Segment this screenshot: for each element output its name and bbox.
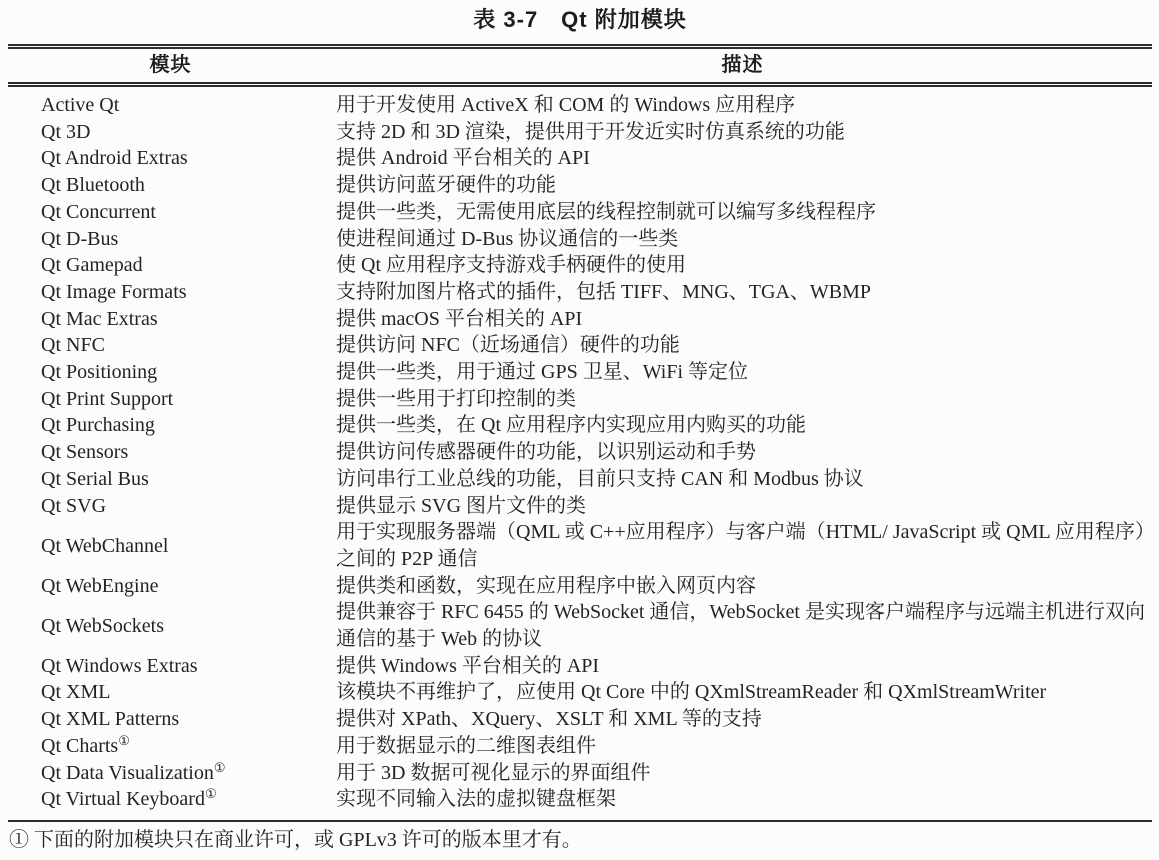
module-description-cell: 使 Qt 应用程序支持游戏手柄硬件的使用 (333, 252, 1152, 279)
table-row: Qt Gamepad 使 Qt 应用程序支持游戏手柄硬件的使用 (8, 252, 1152, 279)
module-name: Qt D-Bus (41, 228, 118, 250)
table-row: Active Qt 用于开发使用 ActiveX 和 COM 的 Windows… (8, 85, 1152, 119)
module-name: Qt Print Support (41, 388, 173, 410)
module-description-cell: 支持 2D 和 3D 渲染，提供用于开发近实时仿真系统的功能 (333, 119, 1152, 146)
module-description-cell: 提供 Windows 平台相关的 API (333, 653, 1152, 680)
module-name: Qt Image Formats (41, 281, 187, 303)
module-name-cell: Qt Serial Bus (8, 466, 333, 493)
module-name: Qt Sensors (41, 441, 128, 463)
table-row: Qt Bluetooth 提供访问蓝牙硬件的功能 (8, 172, 1152, 199)
module-description-cell: 提供 macOS 平台相关的 API (333, 306, 1152, 333)
module-description-cell: 提供访问 NFC（近场通信）硬件的功能 (333, 332, 1152, 359)
column-header-module: 模块 (8, 47, 333, 85)
module-description-cell: 提供访问传感器硬件的功能，以识别运动和手势 (333, 439, 1152, 466)
table-row: Qt WebChannel 用于实现服务器端（QML 或 C++应用程序）与客户… (8, 519, 1152, 572)
module-description-cell: 提供类和函数，实现在应用程序中嵌入网页内容 (333, 573, 1152, 600)
module-name: Qt Bluetooth (41, 174, 145, 196)
module-description-cell: 提供访问蓝牙硬件的功能 (333, 172, 1152, 199)
table-row: Qt Charts① 用于数据显示的二维图表组件 (8, 733, 1152, 760)
table-row: Qt Virtual Keyboard① 实现不同输入法的虚拟键盘框架 (8, 786, 1152, 821)
module-description-cell: 提供显示 SVG 图片文件的类 (333, 493, 1152, 520)
module-name-cell: Qt Image Formats (8, 279, 333, 306)
module-name: Qt Data Visualization (41, 762, 214, 784)
module-name-cell: Qt WebEngine (8, 573, 333, 600)
module-name-cell: Qt Charts① (8, 733, 333, 760)
module-name-cell: Qt XML (8, 679, 333, 706)
module-name: Qt Mac Extras (41, 308, 158, 330)
module-name: Qt WebChannel (41, 535, 168, 557)
module-name: Qt Windows Extras (41, 655, 198, 677)
table-row: Qt Positioning 提供一些类，用于通过 GPS 卫星、WiFi 等定… (8, 359, 1152, 386)
module-description-cell: 提供兼容于 RFC 6455 的 WebSocket 通信，WebSocket … (333, 599, 1152, 652)
module-name: Qt NFC (41, 334, 105, 356)
module-description-cell: 使进程间通过 D-Bus 协议通信的一些类 (333, 226, 1152, 253)
module-name: Qt Charts (41, 735, 118, 757)
module-name: Qt Android Extras (41, 147, 188, 169)
table-row: Qt SVG 提供显示 SVG 图片文件的类 (8, 493, 1152, 520)
module-description-cell: 提供一些用于打印控制的类 (333, 386, 1152, 413)
module-description-cell: 访问串行工业总线的功能，目前只支持 CAN 和 Modbus 协议 (333, 466, 1152, 493)
table-row: Qt WebSockets 提供兼容于 RFC 6455 的 WebSocket… (8, 599, 1152, 652)
module-description-cell: 支持附加图片格式的插件，包括 TIFF、MNG、TGA、WBMP (333, 279, 1152, 306)
module-name-cell: Qt Concurrent (8, 199, 333, 226)
module-description-cell: 用于实现服务器端（QML 或 C++应用程序）与客户端（HTML/ JavaSc… (333, 519, 1152, 572)
module-description-cell: 提供一些类，用于通过 GPS 卫星、WiFi 等定位 (333, 359, 1152, 386)
footnote-marker: ① (214, 760, 226, 775)
table-title: 表 3-7 Qt 附加模块 (8, 6, 1152, 34)
qt-addon-modules-table: 模块 描述 Active Qt 用于开发使用 ActiveX 和 COM 的 W… (8, 44, 1152, 822)
table-row: Qt Android Extras 提供 Android 平台相关的 API (8, 145, 1152, 172)
table-row: Qt Purchasing 提供一些类，在 Qt 应用程序内实现应用内购买的功能 (8, 412, 1152, 439)
book-page: 表 3-7 Qt 附加模块 模块 描述 Active Qt 用于开发使用 Act… (0, 0, 1159, 860)
module-name: Qt Virtual Keyboard (41, 788, 205, 810)
module-name-cell: Qt Print Support (8, 386, 333, 413)
module-description-cell: 提供 Android 平台相关的 API (333, 145, 1152, 172)
module-description-cell: 用于 3D 数据可视化显示的界面组件 (333, 760, 1152, 787)
module-name: Qt Purchasing (41, 414, 155, 436)
module-description-cell: 实现不同输入法的虚拟键盘框架 (333, 786, 1152, 821)
module-name: Qt WebSockets (41, 615, 164, 637)
module-name-cell: Qt Positioning (8, 359, 333, 386)
table-footnote: ① 下面的附加模块只在商业许可，或 GPLv3 许可的版本里才有。 (8, 827, 1152, 854)
module-name-cell: Qt Data Visualization① (8, 760, 333, 787)
module-name-cell: Qt NFC (8, 332, 333, 359)
module-description-cell: 该模块不再维护了，应使用 Qt Core 中的 QXmlStreamReader… (333, 679, 1152, 706)
module-name: Active Qt (41, 94, 119, 116)
table-body: Active Qt 用于开发使用 ActiveX 和 COM 的 Windows… (8, 85, 1152, 821)
module-name-cell: Qt Mac Extras (8, 306, 333, 333)
table-row: Qt Serial Bus 访问串行工业总线的功能，目前只支持 CAN 和 Mo… (8, 466, 1152, 493)
table-header: 模块 描述 (8, 47, 1152, 85)
module-name-cell: Qt Virtual Keyboard① (8, 786, 333, 821)
module-description-cell: 提供一些类，在 Qt 应用程序内实现应用内购买的功能 (333, 412, 1152, 439)
module-name-cell: Qt Bluetooth (8, 172, 333, 199)
module-description-cell: 用于数据显示的二维图表组件 (333, 733, 1152, 760)
module-name: Qt 3D (41, 121, 90, 143)
module-name-cell: Qt Gamepad (8, 252, 333, 279)
footnote-marker: ① (205, 786, 217, 801)
table-row: Qt Image Formats 支持附加图片格式的插件，包括 TIFF、MNG… (8, 279, 1152, 306)
table-row: Qt Sensors 提供访问传感器硬件的功能，以识别运动和手势 (8, 439, 1152, 466)
table-row: Qt 3D 支持 2D 和 3D 渲染，提供用于开发近实时仿真系统的功能 (8, 119, 1152, 146)
module-name-cell: Qt SVG (8, 493, 333, 520)
module-name: Qt XML Patterns (41, 708, 179, 730)
table-row: Qt Mac Extras 提供 macOS 平台相关的 API (8, 306, 1152, 333)
module-name-cell: Qt Purchasing (8, 412, 333, 439)
module-description-cell: 提供对 XPath、XQuery、XSLT 和 XML 等的支持 (333, 706, 1152, 733)
module-name: Qt Concurrent (41, 201, 156, 223)
table-row: Qt NFC 提供访问 NFC（近场通信）硬件的功能 (8, 332, 1152, 359)
module-name: Qt Positioning (41, 361, 157, 383)
footnote-marker: ① (118, 733, 130, 748)
module-name: Qt XML (41, 681, 110, 703)
table-row: Qt Data Visualization① 用于 3D 数据可视化显示的界面组… (8, 760, 1152, 787)
column-header-description: 描述 (333, 47, 1152, 85)
module-name-cell: Qt WebChannel (8, 519, 333, 572)
module-description-cell: 提供一些类，无需使用底层的线程控制就可以编写多线程程序 (333, 199, 1152, 226)
module-name-cell: Qt WebSockets (8, 599, 333, 652)
table-row: Qt D-Bus 使进程间通过 D-Bus 协议通信的一些类 (8, 226, 1152, 253)
table-row: Qt Print Support 提供一些用于打印控制的类 (8, 386, 1152, 413)
table-row: Qt WebEngine 提供类和函数，实现在应用程序中嵌入网页内容 (8, 573, 1152, 600)
table-row: Qt Concurrent 提供一些类，无需使用底层的线程控制就可以编写多线程程… (8, 199, 1152, 226)
module-name: Qt WebEngine (41, 575, 158, 597)
module-name: Qt Serial Bus (41, 468, 149, 490)
module-name-cell: Qt Windows Extras (8, 653, 333, 680)
module-name: Qt Gamepad (41, 254, 143, 276)
module-name-cell: Qt Android Extras (8, 145, 333, 172)
module-name-cell: Qt 3D (8, 119, 333, 146)
table-row: Qt Windows Extras 提供 Windows 平台相关的 API (8, 653, 1152, 680)
module-name-cell: Qt Sensors (8, 439, 333, 466)
module-name-cell: Active Qt (8, 85, 333, 119)
module-name-cell: Qt D-Bus (8, 226, 333, 253)
table-header-row: 模块 描述 (8, 47, 1152, 85)
table-row: Qt XML 该模块不再维护了，应使用 Qt Core 中的 QXmlStrea… (8, 679, 1152, 706)
module-name-cell: Qt XML Patterns (8, 706, 333, 733)
table-row: Qt XML Patterns 提供对 XPath、XQuery、XSLT 和 … (8, 706, 1152, 733)
module-description-cell: 用于开发使用 ActiveX 和 COM 的 Windows 应用程序 (333, 85, 1152, 119)
module-name: Qt SVG (41, 495, 106, 517)
